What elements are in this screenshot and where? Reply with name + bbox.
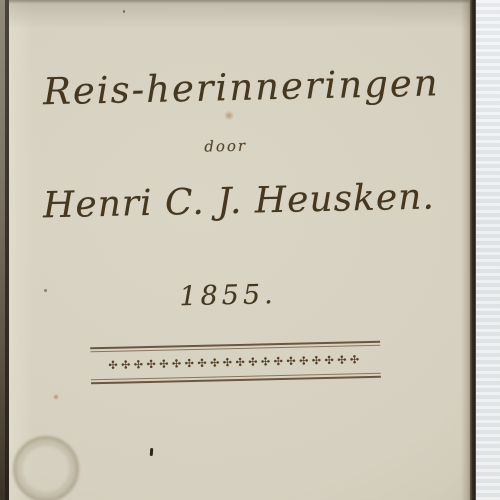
byline: door [0, 133, 454, 160]
manuscript-text-block: Reis-herinneringen door Henri C. J. Heus… [0, 0, 476, 500]
ink-speck [150, 448, 154, 456]
red-stain [53, 394, 59, 400]
book-page: Reis-herinneringen door Henri C. J. Heus… [0, 0, 470, 500]
page-title: Reis-herinneringen [36, 63, 447, 113]
embossed-stamp [13, 436, 79, 500]
top-speck [123, 10, 125, 13]
photo-scene: Reis-herinneringen door Henri C. J. Heus… [0, 0, 500, 500]
page-edge-right-shade [461, 0, 470, 500]
ornament-band: ✣✣✣✣✣✣✣✣✣✣✣✣✣✣✣✣✣✣✣✣ [90, 341, 381, 385]
year: 1855. [1, 276, 456, 316]
small-speck [44, 289, 47, 292]
foxing-spot [224, 111, 234, 120]
binding-edge-left-line [5, 0, 9, 500]
page-edge-right [470, 0, 476, 500]
author-name: Henri C. J. Heusken. [19, 177, 460, 227]
